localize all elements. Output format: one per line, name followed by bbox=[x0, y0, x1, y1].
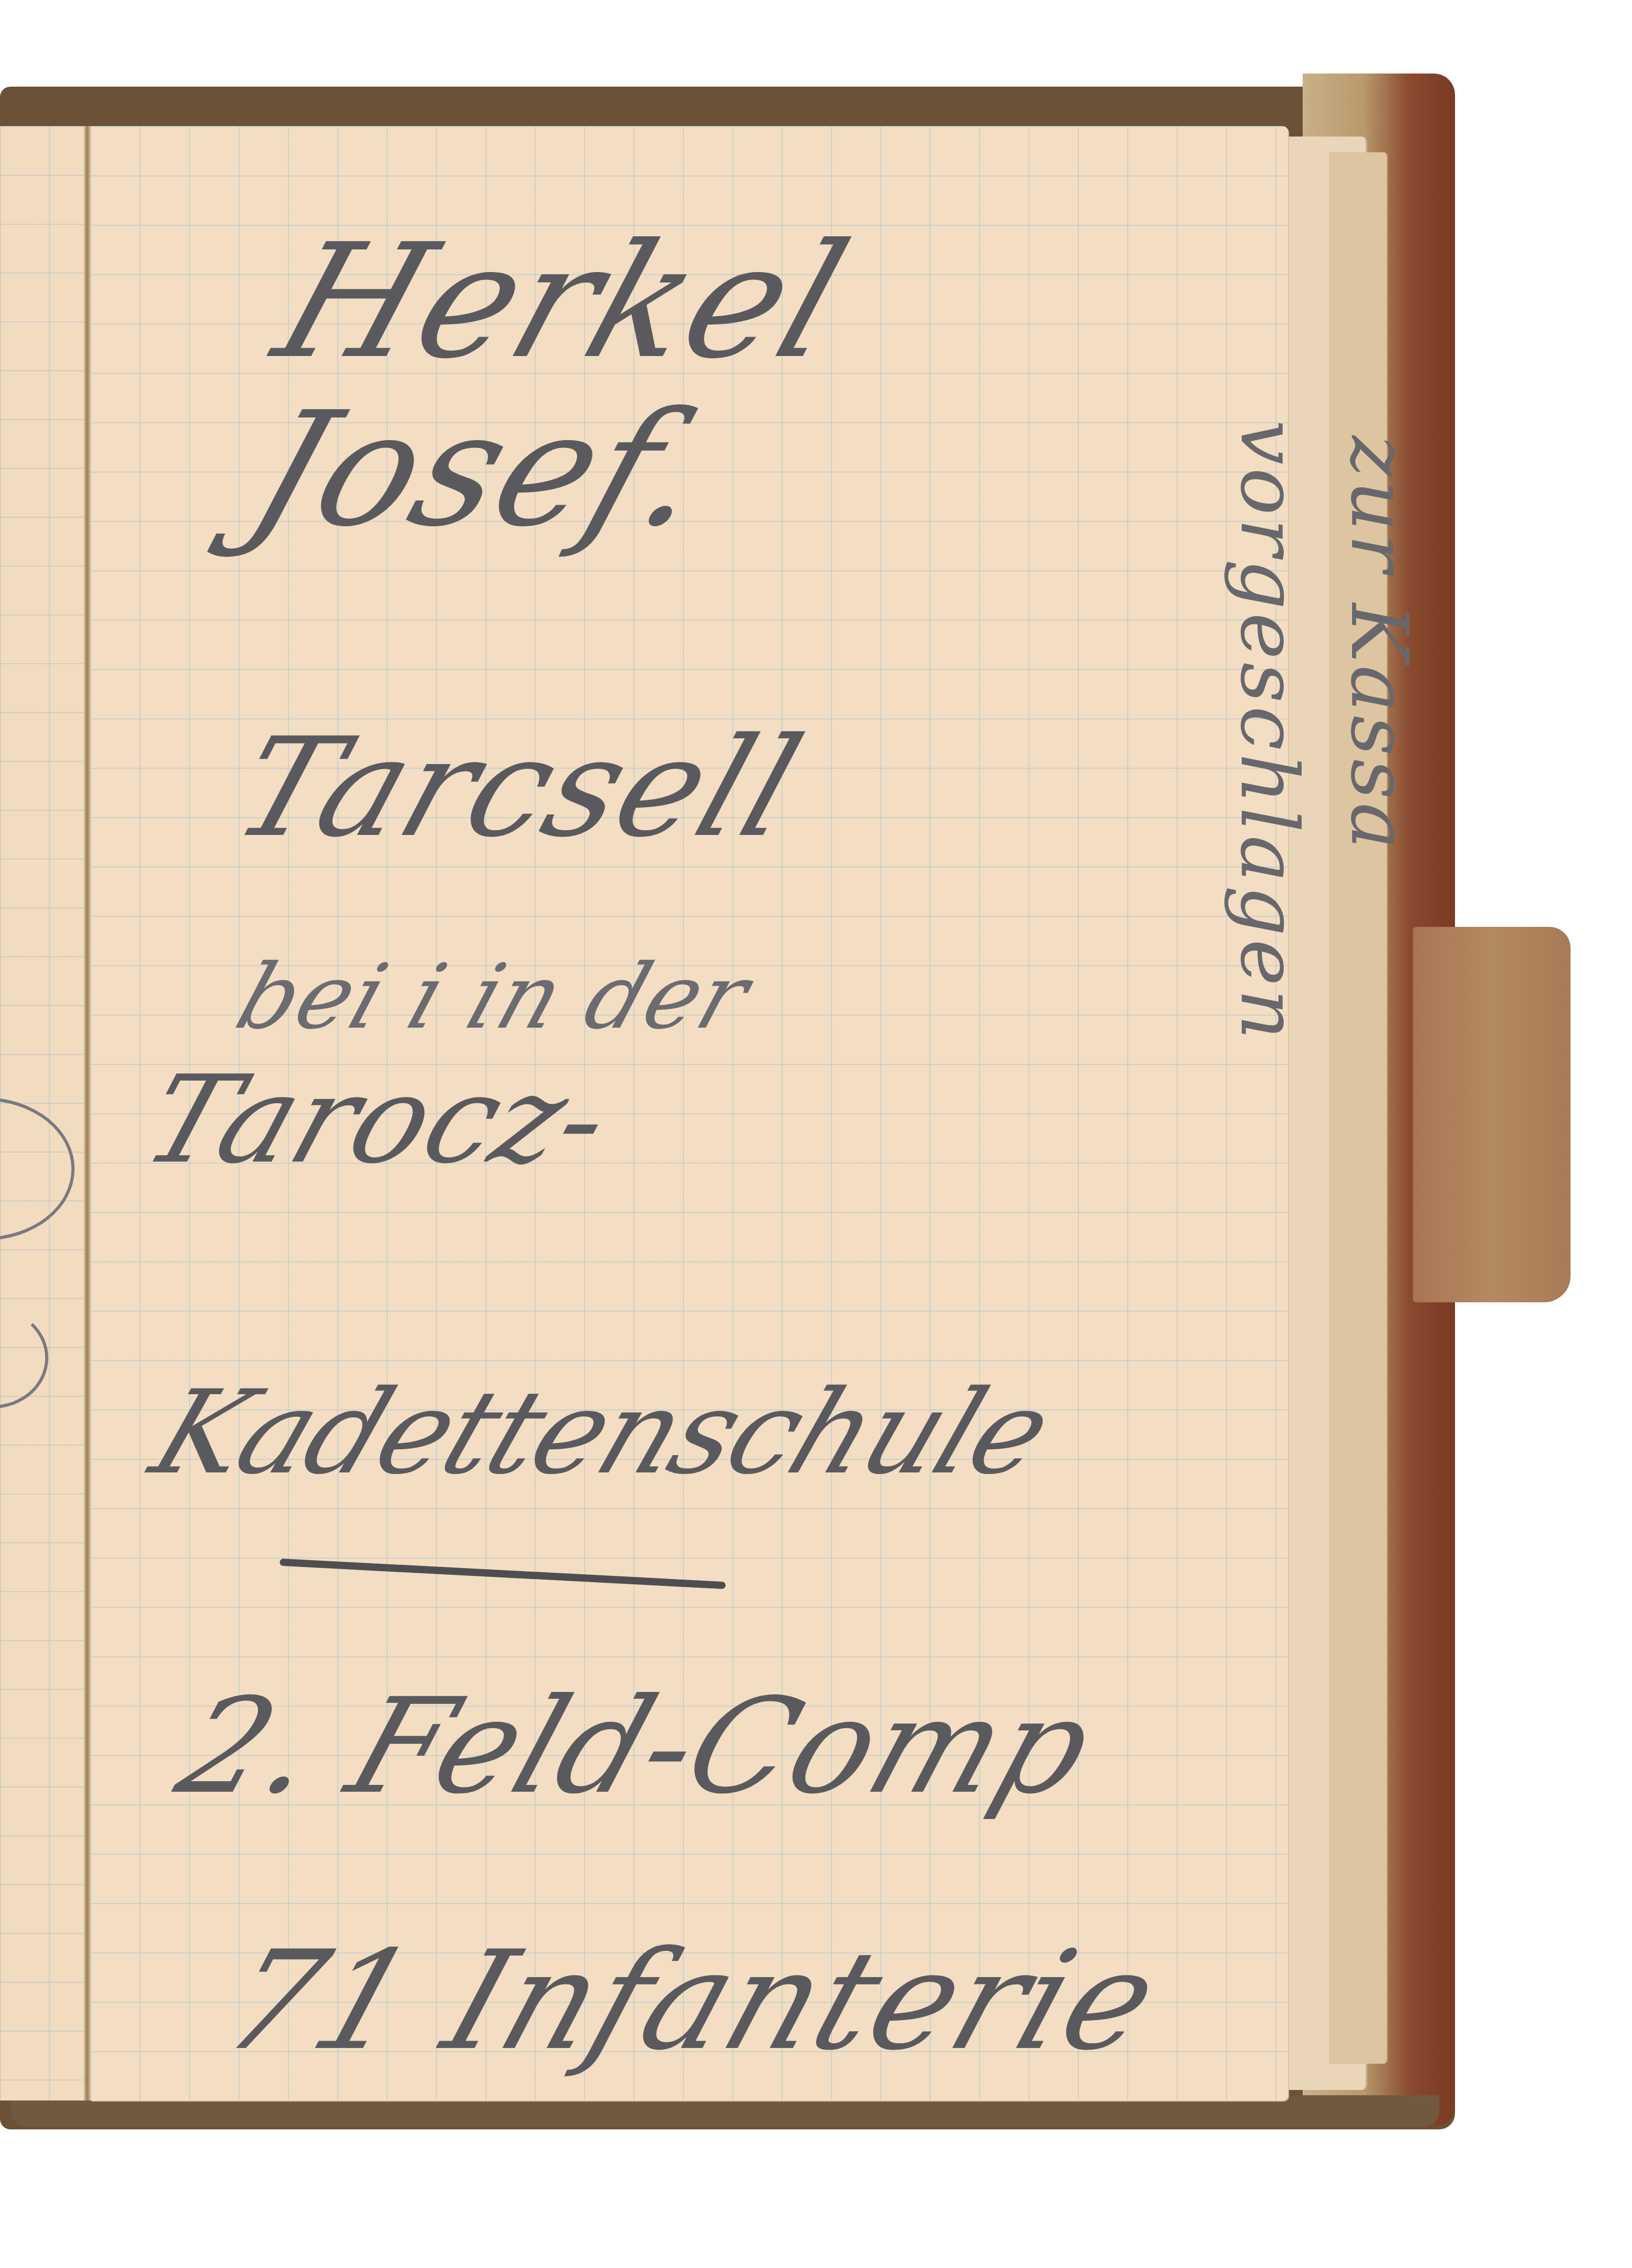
book-gutter bbox=[84, 126, 90, 2100]
margin-note-line-2: zur Kassa bbox=[1333, 436, 1425, 853]
handwritten-region: Tarocz- bbox=[129, 1050, 628, 1190]
handwritten-school: Kadettenschule bbox=[136, 1365, 1067, 1500]
school-underline bbox=[279, 1559, 726, 1589]
left-page-scribble bbox=[0, 1098, 75, 1240]
handwritten-surname: Herkel bbox=[257, 210, 868, 393]
handwritten-place: Tarcsell bbox=[217, 709, 819, 868]
right-page: Herkel Josef. Tarcsell bei i in der Taro… bbox=[90, 126, 1288, 2100]
handwritten-place-detail: bei i in der bbox=[225, 945, 762, 1049]
margin-note-line-1: vorgeschlagen bbox=[1223, 420, 1314, 1043]
left-page bbox=[0, 126, 92, 2100]
handwritten-given-name: Josef. bbox=[231, 378, 731, 561]
handwritten-regiment: 71 Infanterie bbox=[207, 1922, 1177, 2081]
left-page-scribble-lower bbox=[0, 1308, 48, 1408]
cover-clasp-tab bbox=[1413, 927, 1571, 1302]
handwritten-company: 2. Feld-Comp bbox=[161, 1670, 1111, 1823]
